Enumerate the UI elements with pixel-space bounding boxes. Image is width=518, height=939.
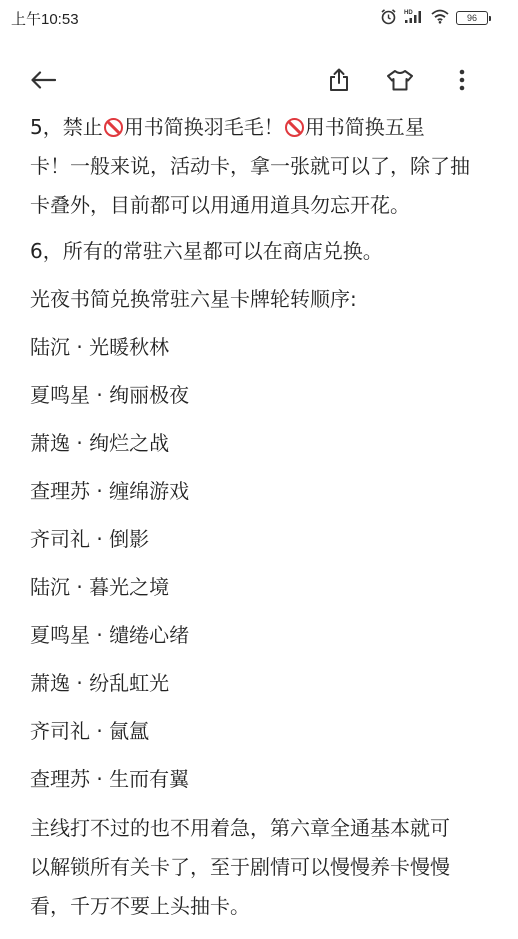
- list-item: 夏鸣星 · 绚丽极夜: [30, 376, 480, 415]
- para5-line3: 卡叠外，目前都可以用通用道具勿忘开花。: [30, 186, 480, 225]
- text-segment: 5，禁止: [30, 115, 103, 139]
- arrow-left-icon: [30, 70, 56, 94]
- list-item: 齐司礼 · 氤氲: [30, 712, 480, 751]
- more-vert-icon: [459, 69, 465, 95]
- list-item: 齐司礼 · 倒影: [30, 520, 480, 559]
- final-para-line1: 主线打不过的也不用着急，第六章全通基本就可: [30, 809, 480, 848]
- list-item: 陆沉 · 光暖秋林: [30, 328, 480, 367]
- skin-button[interactable]: [386, 68, 414, 96]
- wifi-icon: [431, 9, 449, 28]
- alarm-icon: [380, 8, 397, 29]
- article-content: 5，禁止用书简换羽毛毛！用书简换五星 卡！一般来说，活动卡，拿一张就可以了，除了…: [0, 0, 518, 939]
- text-segment: 用书简换羽毛毛！: [124, 115, 284, 139]
- status-time: 上午10:53: [11, 8, 79, 29]
- list-item: 查理苏 · 生而有翼: [30, 760, 480, 799]
- share-button[interactable]: [325, 68, 353, 96]
- para5-line1: 5，禁止用书简换羽毛毛！用书简换五星: [30, 108, 480, 147]
- para6: 6，所有的常驻六星都可以在商店兑换。: [30, 232, 480, 271]
- more-options-button[interactable]: [448, 68, 476, 96]
- final-para-line3: 看，千万不要上头抽卡。: [30, 887, 480, 926]
- list-item: 查理苏 · 缠绵游戏: [30, 472, 480, 511]
- hd-signal-icon: HD: [404, 8, 424, 28]
- top-toolbar: [0, 58, 518, 106]
- para5-line2: 卡！一般来说，活动卡，拿一张就可以了，除了抽: [30, 147, 480, 186]
- svg-text:HD: HD: [404, 10, 413, 16]
- status-bar: 上午10:53 HD 96: [0, 0, 518, 40]
- prohibited-icon: [285, 118, 304, 137]
- status-icons: HD 96: [380, 8, 488, 28]
- tshirt-skin-icon: [387, 69, 413, 95]
- text-segment: 用书简换五星: [305, 115, 425, 139]
- battery-icon: 96: [456, 11, 488, 25]
- back-button[interactable]: [29, 68, 57, 96]
- share-icon: [328, 68, 350, 96]
- final-para-line2: 以解锁所有关卡了，至于剧情可以慢慢养卡慢慢: [30, 848, 480, 887]
- rotation-heading: 光夜书简兑换常驻六星卡牌轮转顺序:: [30, 280, 480, 319]
- list-item: 夏鸣星 · 缱绻心绪: [30, 616, 480, 655]
- list-item: 陆沉 · 暮光之境: [30, 568, 480, 607]
- list-item: 萧逸 · 纷乱虹光: [30, 664, 480, 703]
- list-item: 萧逸 · 绚烂之战: [30, 424, 480, 463]
- prohibited-icon: [104, 118, 123, 137]
